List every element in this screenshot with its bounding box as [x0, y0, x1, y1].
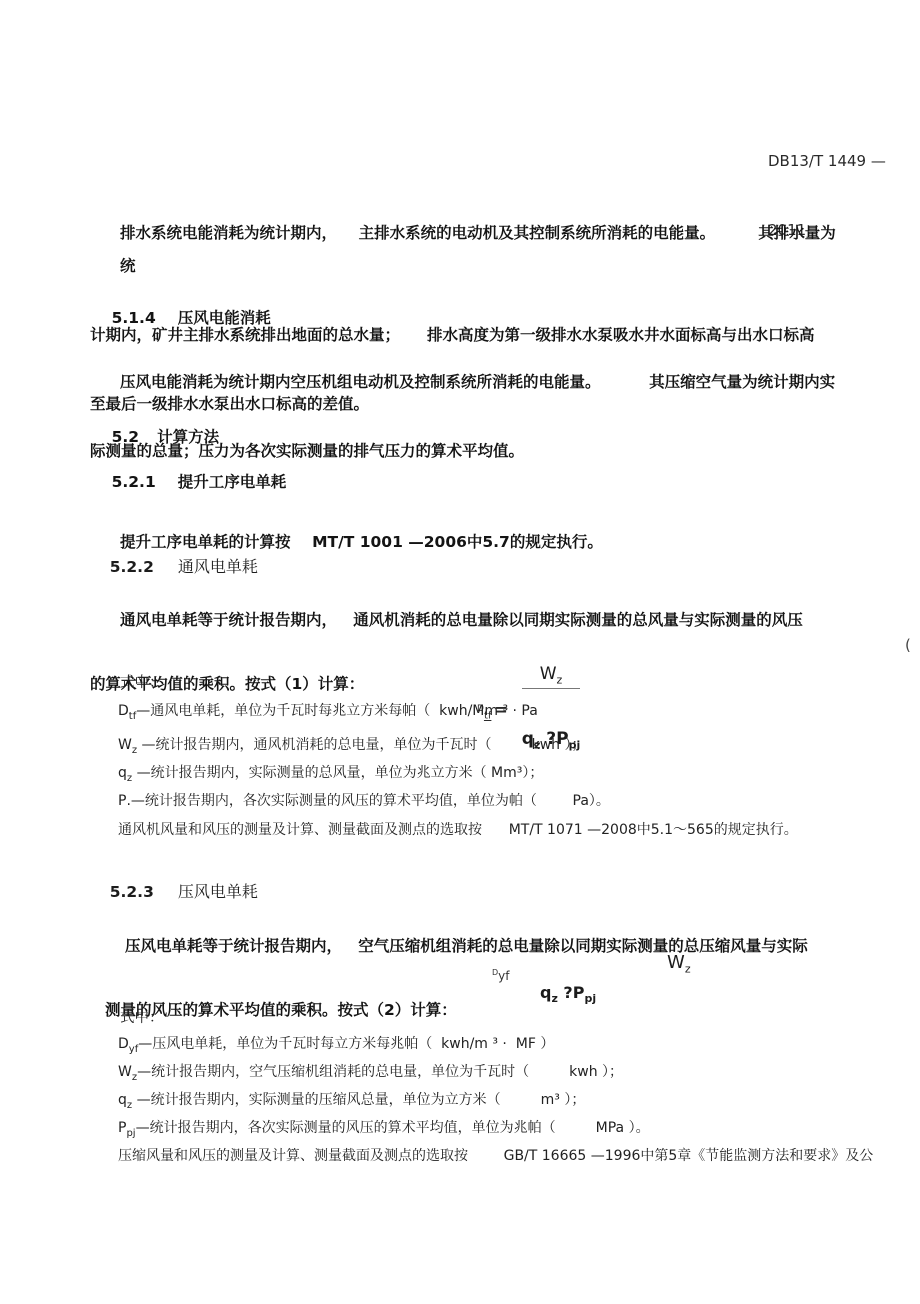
- term-symbol: Wz: [118, 737, 137, 753]
- reference-note: 压缩风量和风压的测量及计算、测量截面及测点的选取按 GB/T 16665 —19…: [118, 1145, 873, 1165]
- term-symbol: Dtf: [118, 703, 136, 719]
- paragraph-line: 排水系统电能消耗为统计期内， 主排水系统的电动机及其控制系统所消耗的电能量。 其…: [90, 217, 848, 283]
- heading-number: 5.2.1: [112, 473, 156, 491]
- heading-title: 压风电能消耗: [178, 309, 271, 327]
- formula-numerator: Wz: [522, 664, 580, 689]
- term-text: —统计报告期内，通风机消耗的总电量，单位为千瓦时（ kwh ）；: [137, 737, 585, 753]
- paragraph-line: 压风电能消耗为统计期内空压机组电动机及控制系统所消耗的电能量。 其压缩空气量为统…: [90, 366, 848, 399]
- term-item: Dtf—通风电单耗，单位为千瓦时每兆立方米每帕（ kwh/Mm ³ · Pa: [118, 700, 538, 722]
- term-symbol: qz: [118, 1092, 132, 1108]
- heading-title: 计算方法: [157, 428, 219, 446]
- term-item: qz —统计报告期内，实际测量的压缩风总量，单位为立方米（ m³ ）；: [118, 1089, 585, 1111]
- reference-note: 通风机风量和风压的测量及计算、测量截面及测点的选取按 MT/T 1071 —20…: [118, 819, 798, 839]
- paragraph-line: 通风电单耗等于统计报告期内， 通风机消耗的总电量除以同期实际测量的总风量与实际测…: [90, 606, 848, 634]
- term-text: —统计报告期内，空气压缩机组消耗的总电量，单位为千瓦时（ kwh ）；: [137, 1064, 623, 1080]
- term-text: .—统计报告期内，各次实际测量的风压的算术平均值，单位为帕（ Pa）。: [126, 793, 609, 809]
- heading-number: 5.1.4: [112, 309, 156, 327]
- where-label: 式中：: [120, 671, 164, 692]
- term-text: —通风电单耗，单位为千瓦时每兆立方米每帕（ kwh/Mm ³ · Pa: [136, 703, 538, 719]
- term-symbol: qz: [118, 765, 132, 781]
- heading-title: 提升工序电单耗: [178, 473, 287, 491]
- term-item: P.—统计报告期内，各次实际测量的风压的算术平均值，单位为帕（ Pa）。: [118, 790, 610, 812]
- term-item: Wz —统计报告期内，通风机消耗的总电量，单位为千瓦时（ kwh ）；: [118, 734, 585, 756]
- term-text: —统计报告期内，实际测量的总风量，单位为兆立方米（ Mm³）；: [132, 765, 543, 781]
- heading-number: 5.2: [112, 428, 139, 446]
- term-text: —压风电单耗，单位为千瓦时每立方米每兆帕（ kwh/m ³ · MF ）: [138, 1036, 554, 1052]
- term-symbol: Wz: [118, 1064, 137, 1080]
- note-text: 压缩风量和风压的测量及计算、测量截面及测点的选取按 GB/T 16665 —19…: [118, 1148, 873, 1164]
- doc-number-code: DB13/T 1449 —: [768, 150, 886, 173]
- paragraph-line: 的算术平均值的乘积。按式（1）计算：: [90, 670, 848, 698]
- equation-number-paren: (: [905, 636, 911, 654]
- term-item: Dyf—压风电单耗，单位为千瓦时每立方米每兆帕（ kwh/m ³ · MF ）: [118, 1033, 554, 1055]
- note-text: 通风机风量和风压的测量及计算、测量截面及测点的选取按 MT/T 1071 —20…: [118, 822, 798, 838]
- formula-2-numerator: Wz: [667, 952, 691, 976]
- document-page: DB13/T 1449 — 2011 排水系统电能消耗为统计期内， 主排水系统的…: [0, 0, 920, 1304]
- paragraph-line: 测量的风压的算术平均值的乘积。按式（2）计算：: [95, 996, 853, 1024]
- term-item: Wz—统计报告期内，空气压缩机组消耗的总电量，单位为千瓦时（ kwh ）；: [118, 1061, 623, 1083]
- term-text: —统计报告期内，各次实际测量的风压的算术平均值，单位为兆帕（ MPa ）。: [136, 1120, 650, 1136]
- term-text: —统计报告期内，实际测量的压缩风总量，单位为立方米（ m³ ）；: [132, 1092, 585, 1108]
- term-item: Ppj—统计报告期内，各次实际测量的风压的算术平均值，单位为兆帕（ MPa ）。: [118, 1117, 650, 1139]
- term-item: qz —统计报告期内，实际测量的总风量，单位为兆立方米（ Mm³）；: [118, 762, 543, 784]
- paragraph-line: 压风电单耗等于统计报告期内， 空气压缩机组消耗的总电量除以同期实际测量的总压缩风…: [95, 932, 853, 960]
- term-symbol: Ppj: [118, 1120, 136, 1136]
- where-label: 式中：: [120, 1006, 164, 1027]
- formula-2-denominator: qz ?Ppj: [540, 983, 596, 1005]
- formula-2-lhs: Dyf: [492, 968, 510, 983]
- term-symbol: Dyf: [118, 1036, 138, 1052]
